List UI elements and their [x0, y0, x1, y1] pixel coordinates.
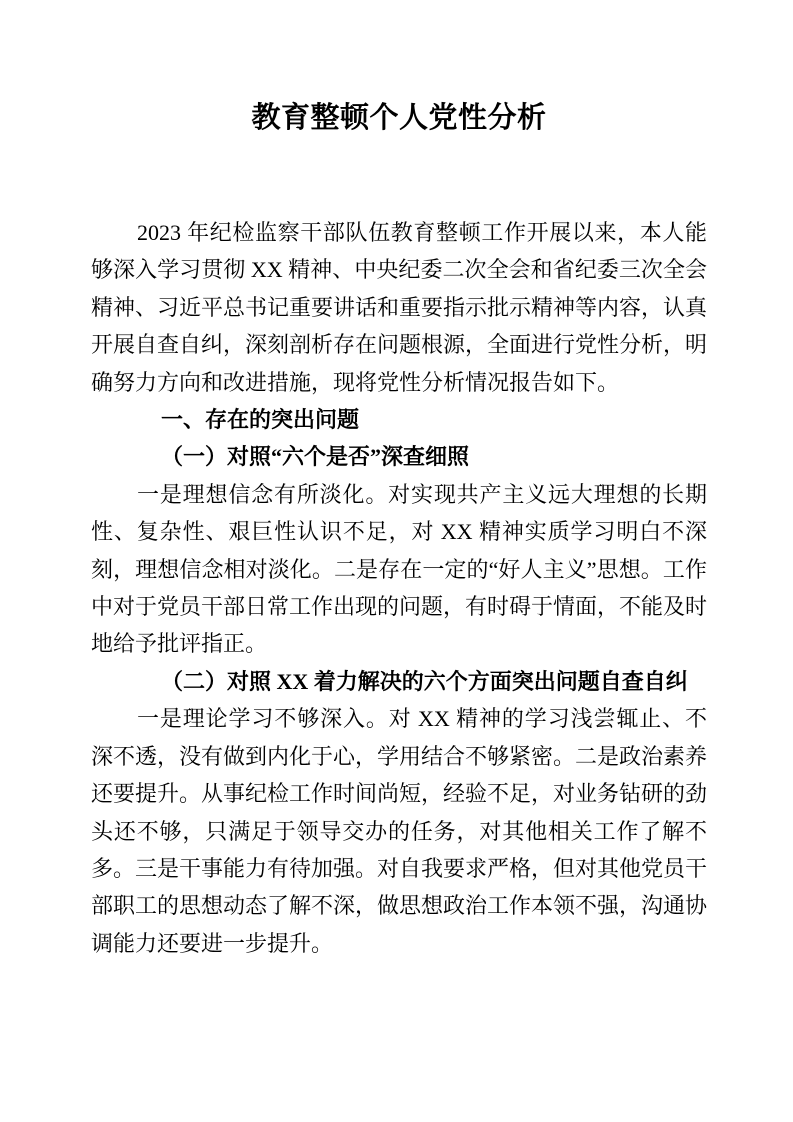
- document-content: 教育整顿个人党性分析 2023 年纪检监察干部队伍教育整顿工作开展以来，本人能够…: [91, 0, 707, 962]
- section-heading-problems: 一、存在的突出问题: [91, 401, 707, 438]
- intro-paragraph: 2023 年纪检监察干部队伍教育整顿工作开展以来，本人能够深入学习贯彻 XX 精…: [91, 214, 707, 401]
- body-paragraph-six-whether: 一是理想信念有所淡化。对实现共产主义远大理想的长期性、复杂性、艰巨性认识不足，对…: [91, 476, 707, 663]
- subsection-heading-six-whether: （一）对照“六个是否”深查细照: [91, 438, 707, 475]
- subsection-heading-self-check: （二）对照 XX 着力解决的六个方面突出问题自查自纠: [91, 663, 707, 700]
- body-paragraph-self-check: 一是理论学习不够深入。对 XX 精神的学习浅尝辄止、不深不透，没有做到内化于心，…: [91, 700, 707, 962]
- document-title: 教育整顿个人党性分析: [91, 96, 707, 140]
- document-page: 教育整顿个人党性分析 2023 年纪检监察干部队伍教育整顿工作开展以来，本人能够…: [0, 0, 793, 1122]
- document-body: 2023 年纪检监察干部队伍教育整顿工作开展以来，本人能够深入学习贯彻 XX 精…: [91, 214, 707, 962]
